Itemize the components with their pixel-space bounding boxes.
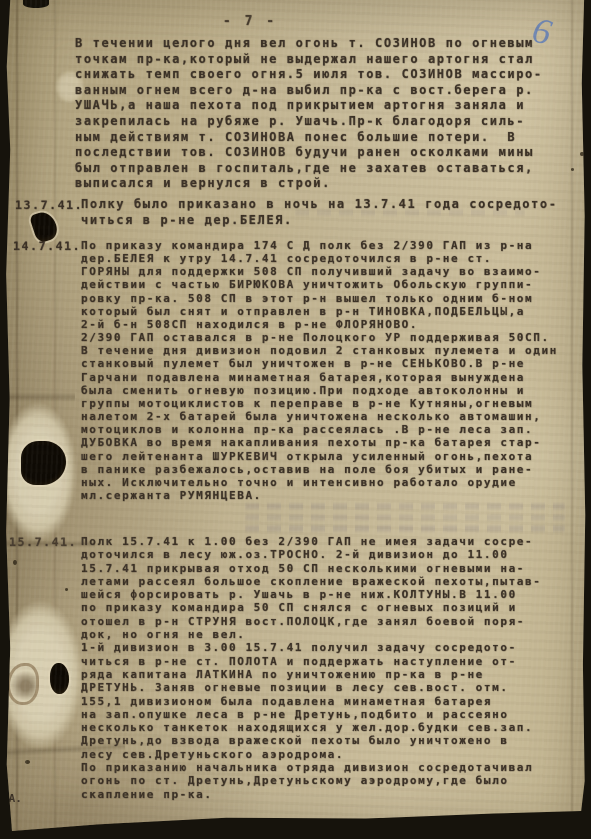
journal-entry: 14.7.41. По приказу командира 174 С Д по… (5, 239, 587, 502)
entry-date: 13.7.41. (15, 198, 83, 214)
entry-body: В течении целого дня вел огонь т. СОЗИНО… (75, 36, 561, 192)
page-number: - 7 - (195, 14, 305, 29)
journal-entry: 15.7.41. Полк 15.7.41 к 1.00 без 2/390 Г… (5, 535, 587, 801)
paper-sheet: - 7 - 6 В течении целого дня вел огонь т… (5, 0, 587, 831)
margin-note: ВА. (2, 792, 22, 805)
entry-date: 14.7.41. (13, 240, 81, 253)
journal-entry: В течении целого дня вел огонь т. СОЗИНО… (5, 36, 587, 192)
entry-body: Полк 15.7.41 к 1.00 без 2/390 ГАП не име… (81, 535, 561, 801)
ink-bleedthrough (245, 502, 565, 534)
entry-body: Полку было приказано в ночь на 13.7.41 г… (81, 197, 561, 228)
document-scan: - 7 - 6 В течении целого дня вел огонь т… (0, 0, 591, 839)
journal-entry: 13.7.41. Полку было приказано в ночь на … (5, 197, 587, 228)
edge-notch (23, 0, 49, 8)
entry-date: 15.7.41. (9, 536, 77, 549)
entry-body: По приказу командира 174 С Д полк без 2/… (81, 239, 561, 502)
